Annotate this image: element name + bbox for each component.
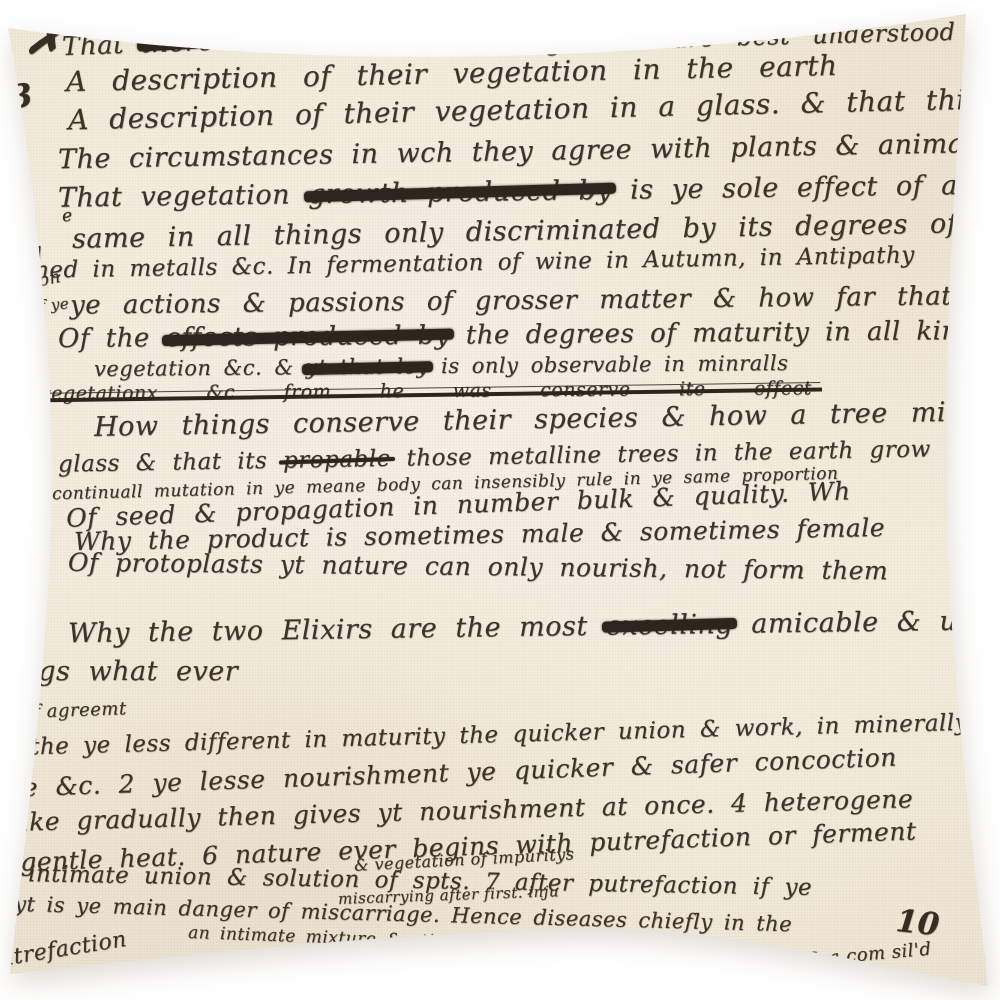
- manuscript-line: of agreemt: [22, 700, 127, 722]
- margin-note: aned: [0, 245, 44, 270]
- margin-note: of ye: [29, 296, 69, 314]
- manuscript-line: The circumstances in wch they agree with…: [58, 130, 997, 173]
- manuscript-line: Of protoplasts yt nature can only nouris…: [68, 550, 888, 584]
- pillow: ✗ 3 4 e 10 aned getation of ye That ther…: [0, 0, 1000, 1000]
- manuscript-line: an intimate mixture & stink like that of…: [188, 925, 595, 956]
- line-text: amicable & u: [733, 606, 958, 640]
- struck-text: effects produced by: [165, 321, 450, 353]
- margin-numeral-3: 3: [8, 78, 35, 113]
- line-text: Why the two Elixirs are the most: [68, 611, 606, 650]
- line-text: those metalline trees in the earth grow: [391, 436, 931, 471]
- line-text: is ye sole effect of a lat: [612, 169, 1000, 206]
- line-text: That vegetation: [58, 179, 309, 213]
- manuscript-line: things what ever: [0, 658, 238, 685]
- manuscript-line: Of the effects produced by the degrees o…: [58, 318, 976, 352]
- pillow-photo: ✗ 3 4 e 10 aned getation of ye That ther…: [0, 0, 1000, 1000]
- struck-text: there haue: [140, 24, 297, 59]
- struck-text: propable: [283, 446, 391, 474]
- manuscript-line: vegetation &c. & yt that ley is only obs…: [94, 353, 789, 380]
- manuscript-line: putrefaction: [0, 929, 128, 973]
- struck-text: growth produced by: [308, 175, 612, 210]
- manuscript-line-struck: vegetationx &c from he was conserve ite …: [40, 379, 812, 403]
- line-text: vegetation &c. &: [94, 355, 306, 381]
- line-text: the degrees of maturity in all king: [450, 316, 976, 351]
- line-text: Of the: [58, 323, 166, 354]
- manuscript-line: ye actions & passions of grosser matter …: [70, 283, 952, 318]
- line-text: is only observable in minralls: [429, 351, 789, 378]
- numeral-10: 10: [894, 906, 940, 941]
- manuscript-line: Why the two Elixirs are the most excelli…: [68, 608, 958, 647]
- manuscript-line: & a com sil'd: [805, 941, 932, 970]
- manuscript-line: That vegetation growth produced by is ye…: [58, 171, 1000, 211]
- margin-numeral-4: 4: [5, 127, 27, 156]
- struck-text: excelling: [606, 609, 734, 642]
- struck-text: yt that ley: [306, 354, 429, 379]
- manuscript-line: That there haue: [62, 26, 298, 60]
- manuscript-line: How things conserve their species & how …: [94, 398, 993, 441]
- pillow-shadow: ✗ 3 4 e 10 aned getation of ye That ther…: [0, 0, 1000, 1000]
- line-text: glass & that its: [58, 448, 283, 478]
- line-text: [296, 24, 297, 54]
- line-text: That: [62, 29, 142, 62]
